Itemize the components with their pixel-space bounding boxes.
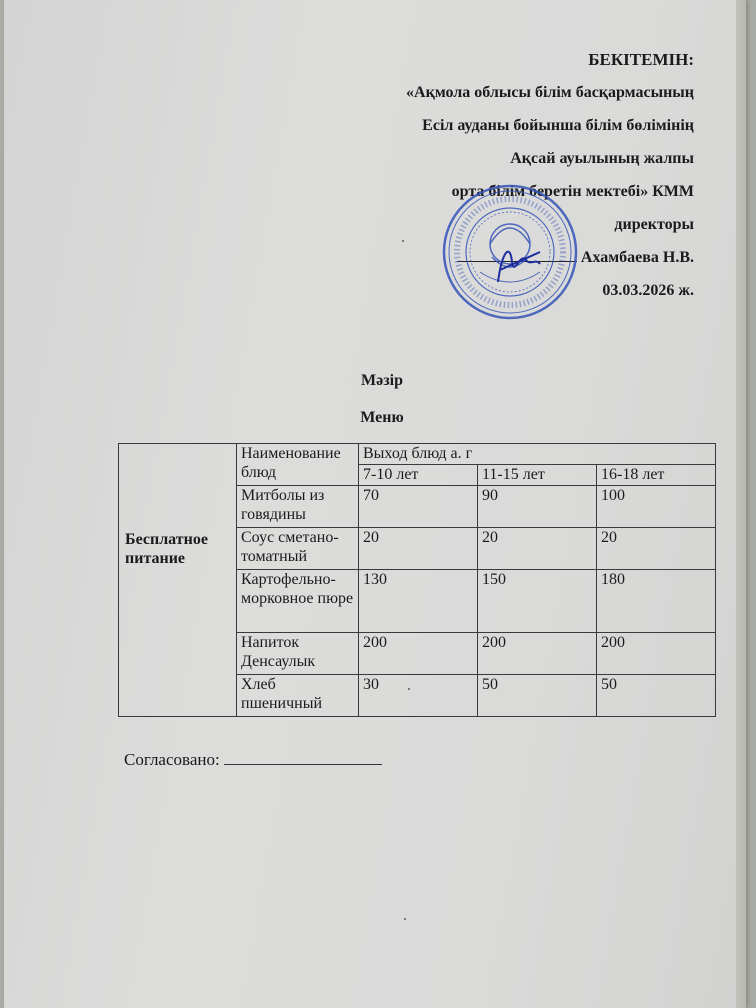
official-stamp-icon xyxy=(440,182,580,322)
age-group-header: 7-10 лет xyxy=(359,465,478,486)
value-cell: 200 xyxy=(478,633,597,675)
heading-russian: Меню xyxy=(4,409,756,427)
agreed-line: Согласовано: xyxy=(124,750,382,770)
value-cell: 20 xyxy=(478,528,597,570)
agreed-signature-blank xyxy=(224,751,382,765)
paper-speck xyxy=(408,688,410,690)
dish-name: Митболы из говядины xyxy=(237,486,359,528)
value-cell: 20 xyxy=(359,528,478,570)
approval-line-3: Ақсай ауылының жалпы xyxy=(406,149,694,182)
signatory-name: Ахамбаева Н.В. xyxy=(581,248,694,268)
yield-header: Выход блюд а. г xyxy=(359,444,716,465)
age-group-header: 16-18 лет xyxy=(597,465,716,486)
value-cell: 150 xyxy=(478,570,597,633)
value-cell: 90 xyxy=(478,486,597,528)
menu-table: Бесплатное питание Наименование блюд Вых… xyxy=(118,443,716,717)
value-cell: 70 xyxy=(359,486,478,528)
dish-name: Соус сметано-томатный xyxy=(237,528,359,570)
dish-name: Напиток Денсаулык xyxy=(237,633,359,675)
value-cell: 130 xyxy=(359,570,478,633)
category-cell: Бесплатное питание xyxy=(119,444,237,717)
paper-speck xyxy=(402,240,404,242)
document-page: БЕКІТЕМІН: «Ақмола облысы білім басқарма… xyxy=(4,0,746,1008)
dish-name: Хлеб пшеничный xyxy=(237,675,359,717)
age-group-header: 11-15 лет xyxy=(478,465,597,486)
value-cell: 20 xyxy=(597,528,716,570)
approval-line-1: «Ақмола облысы білім басқармасының xyxy=(406,83,694,116)
dish-name: Картофельно-морковное пюре xyxy=(237,570,359,633)
agreed-label: Согласовано: xyxy=(124,750,220,769)
page-edge-shadow xyxy=(736,0,746,1008)
value-cell: 30 xyxy=(359,675,478,717)
approval-title: БЕКІТЕМІН: xyxy=(406,50,694,83)
paper-speck xyxy=(404,918,406,920)
heading-kazakh: Мәзір xyxy=(4,372,756,390)
value-cell: 200 xyxy=(597,633,716,675)
value-cell: 180 xyxy=(597,570,716,633)
value-cell: 100 xyxy=(597,486,716,528)
value-cell: 200 xyxy=(359,633,478,675)
value-cell: 50 xyxy=(597,675,716,717)
approval-line-2: Есіл ауданы бойынша білім бөлімінің xyxy=(406,116,694,149)
dish-header: Наименование блюд xyxy=(237,444,359,486)
value-cell: 50 xyxy=(478,675,597,717)
